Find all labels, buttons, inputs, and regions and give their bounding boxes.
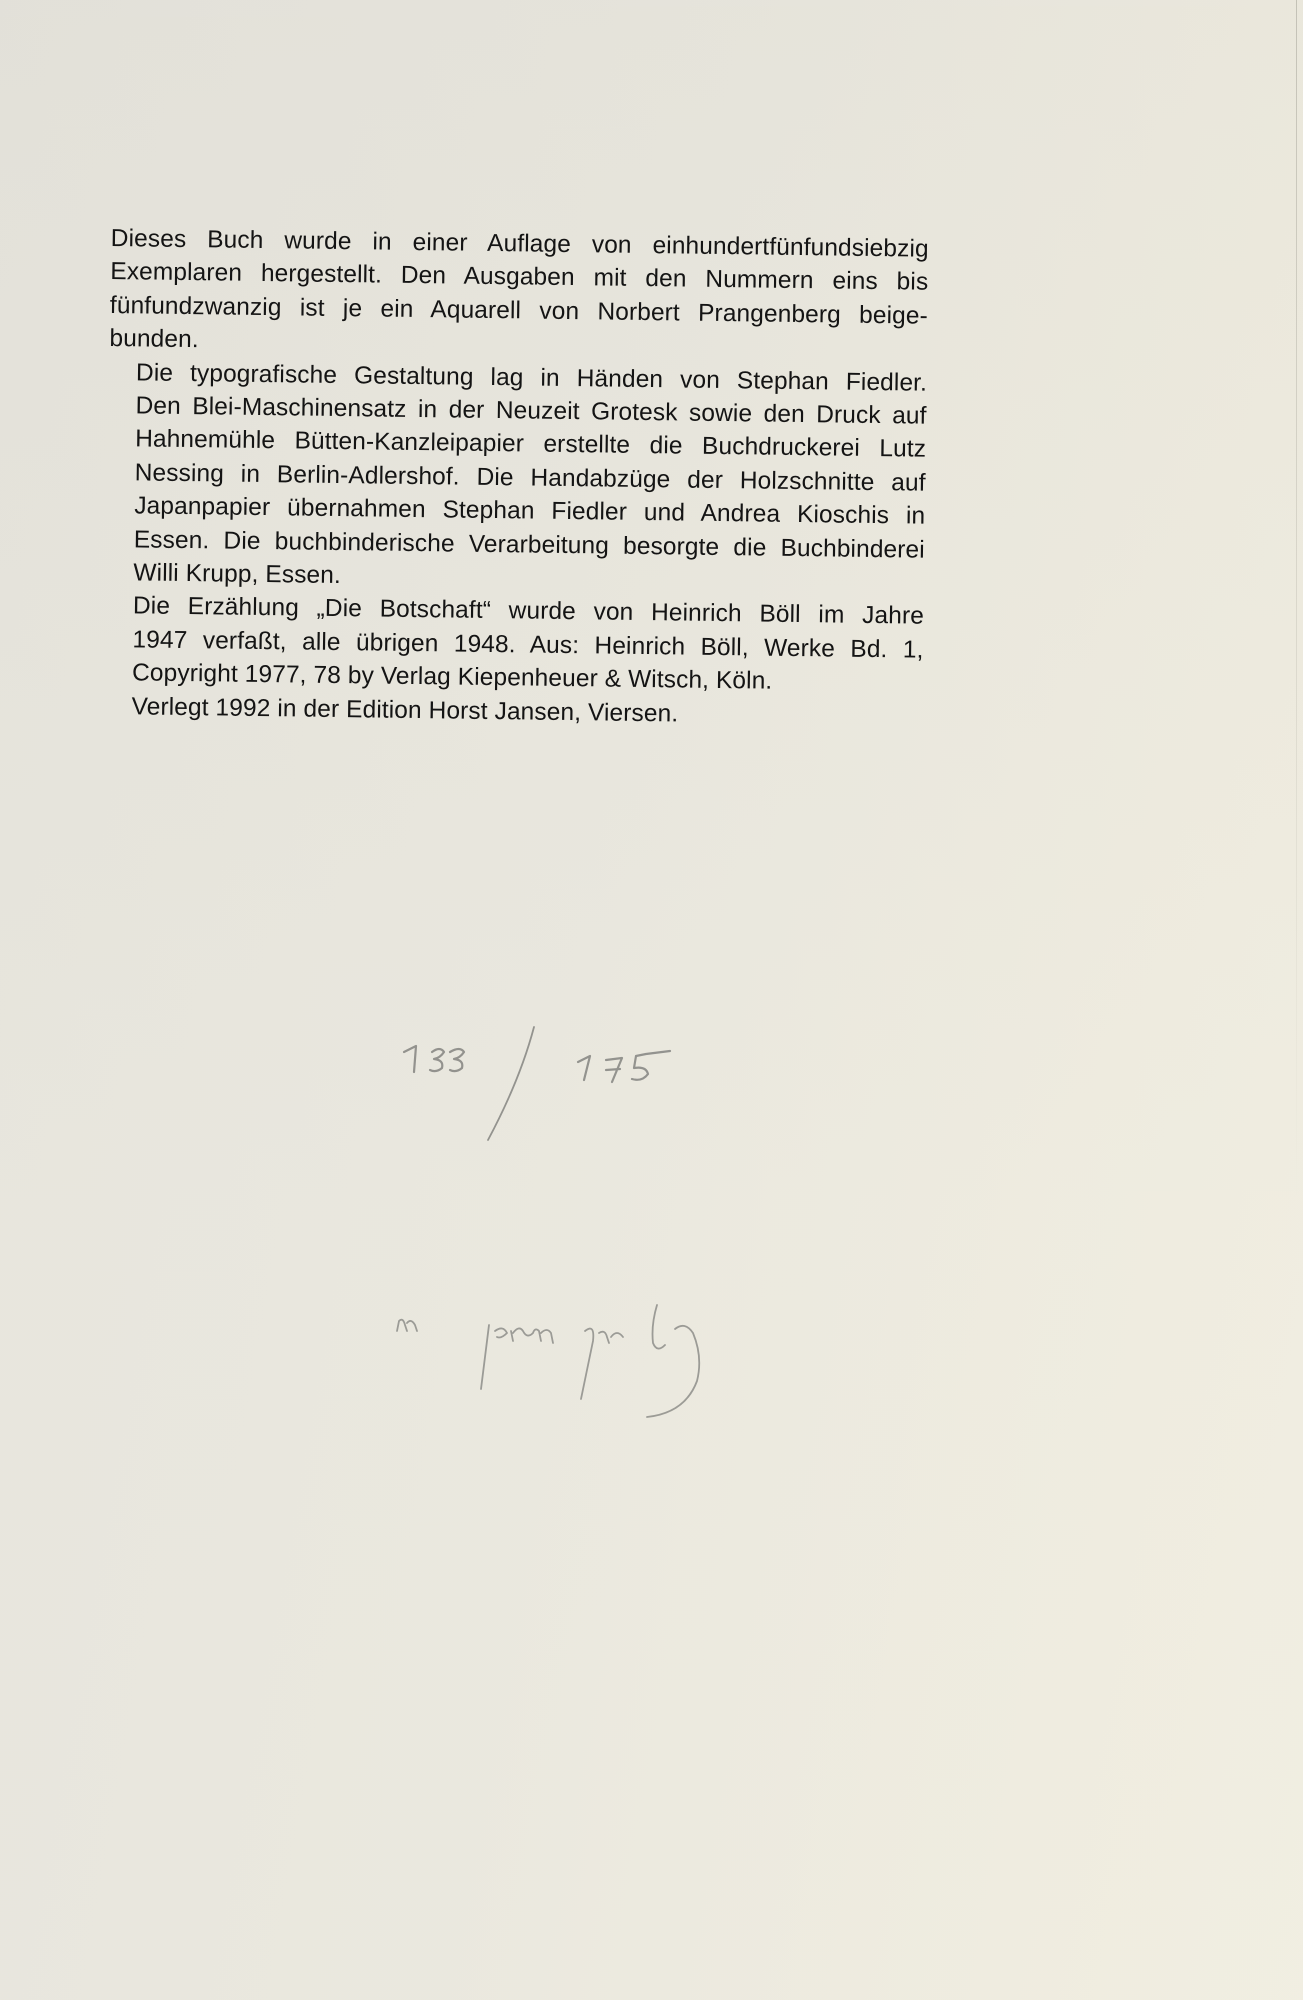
pencil-edition-number-drawing [370, 1010, 670, 1130]
handwritten-edition-number: 133 / 175 [370, 1010, 670, 1130]
paragraph-production-credits: Die typografische Gestaltung lag in Händ… [106, 356, 927, 601]
paragraph-edition-info: Dieses Buch wurde in einer Auflage von e… [109, 222, 929, 366]
paragraph-copyright: Die Erzählung „Die Botschaft“ wurde von … [105, 589, 924, 700]
handwritten-signature: n prangenberg [385, 1285, 715, 1435]
colophon-text-block: Dieses Buch wurde in einer Auflage von e… [104, 222, 928, 734]
page-edge [1296, 0, 1297, 2000]
pencil-signature-drawing [385, 1285, 715, 1435]
